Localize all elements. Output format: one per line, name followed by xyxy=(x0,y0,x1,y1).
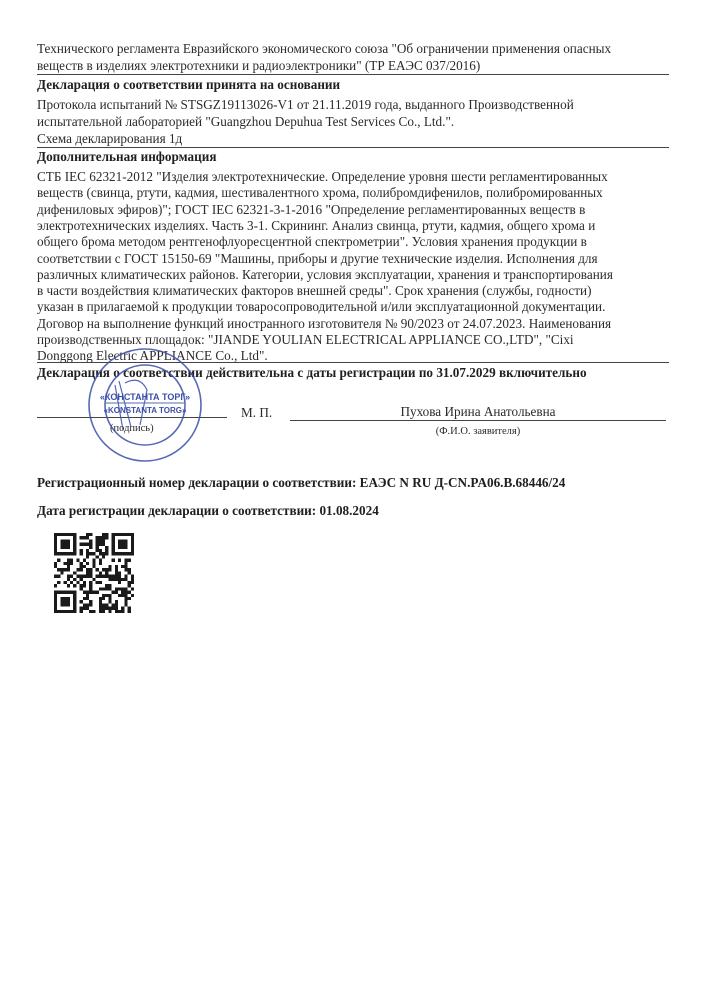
protocol-line-1: Протокола испытаний № STSGZ19113026-V1 о… xyxy=(37,96,669,113)
additional-info-line: указан в прилагаемой к продукции товарос… xyxy=(37,298,669,315)
protocol-line-2: испытательной лабораторией "Guangzhou De… xyxy=(37,113,669,130)
regulation-line-1: Технического регламента Евразийского эко… xyxy=(37,40,669,57)
additional-info-line: СТБ IEC 62321-2012 "Изделия электротехни… xyxy=(37,168,669,185)
applicant-name-line xyxy=(290,420,666,421)
company-stamp: «КОНСТАНТА ТОРГ» «KONSTANTA TORG» xyxy=(85,345,205,465)
qr-code[interactable] xyxy=(54,533,134,613)
registration-number: Регистрационный номер декларации о соотв… xyxy=(37,474,669,491)
basis-heading: Декларация о соответствии принята на осн… xyxy=(37,76,669,93)
additional-info-line: различных климатических районов. Категор… xyxy=(37,266,669,283)
additional-info-line: Договор на выполнение функций иностранно… xyxy=(37,315,669,332)
additional-info-line: веществ (свинца, ртути, кадмия, шестивал… xyxy=(37,184,669,201)
registration-date: Дата регистрации декларации о соответств… xyxy=(37,502,669,519)
svg-text:«КОНСТАНТА ТОРГ»: «КОНСТАНТА ТОРГ» xyxy=(100,392,190,402)
regulation-line-2: веществ в изделиях электротехники и ради… xyxy=(37,57,669,74)
divider xyxy=(37,74,669,75)
additional-info-line: в части воздействия климатических фактор… xyxy=(37,282,669,299)
declaration-page: Технического регламента Евразийского эко… xyxy=(0,0,707,1000)
applicant-name: Пухова Ирина Анатольевна xyxy=(290,403,666,420)
stamp-place-label: М. П. xyxy=(241,404,272,421)
applicant-caption: (Ф.И.О. заявителя) xyxy=(290,423,666,440)
additional-info-heading: Дополнительная информация xyxy=(37,148,669,165)
additional-info-line: электротехнических изделиях. Часть 3-1. … xyxy=(37,217,669,234)
svg-text:«KONSTANTA TORG»: «KONSTANTA TORG» xyxy=(104,406,187,415)
declaration-scheme: Схема декларирования 1д xyxy=(37,130,669,147)
additional-info-line: общего брома методом рентгенофлуоресцент… xyxy=(37,233,669,250)
additional-info-line: соответствии с ГОСТ 15150-69 "Машины, пр… xyxy=(37,250,669,267)
additional-info-line: дифениловых эфиров)"; ГОСТ IEC 62321-3-1… xyxy=(37,201,669,218)
